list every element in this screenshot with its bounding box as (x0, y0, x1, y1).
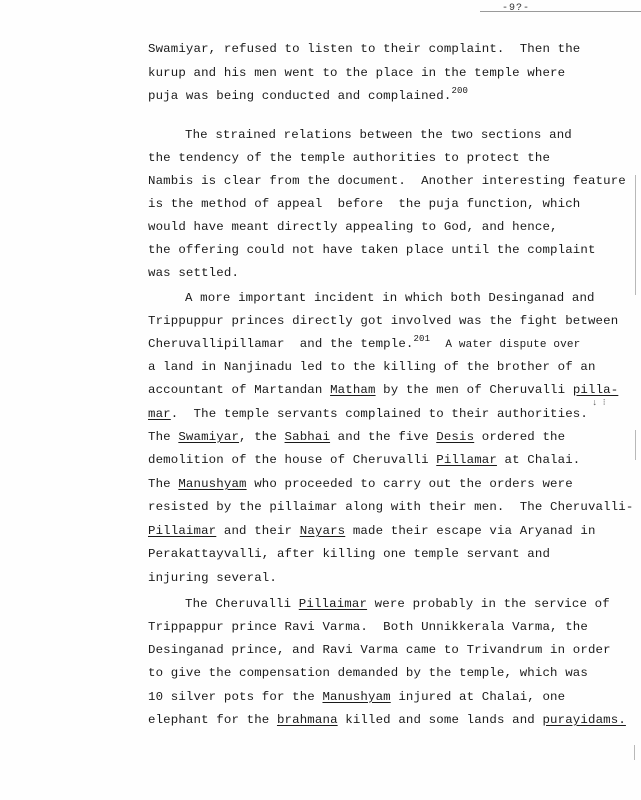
text-line: A more important incident in which both … (185, 291, 595, 305)
text-line: injuring several. (148, 571, 277, 585)
text-line: The Swamiyar, the Sabhai and the five De… (148, 430, 565, 444)
document-page: -9?- Swamiyar, refused to listen to thei… (0, 0, 641, 800)
text-line: kurup and his men went to the place in t… (148, 66, 565, 80)
text-line: Trippappur prince Ravi Varma. Both Unnik… (148, 620, 588, 634)
text-line: the tendency of the temple authorities t… (148, 151, 550, 165)
text-line: mar. The temple servants complained to t… (148, 407, 588, 421)
text-line: accountant of Martandan Matham by the me… (148, 383, 618, 397)
footnote-ref: 200 (451, 86, 468, 96)
scan-margin-line (635, 175, 636, 295)
scan-margin-line (634, 745, 635, 760)
text-line: the offering could not have taken place … (148, 243, 596, 257)
text-line: would have meant directly appealing to G… (148, 220, 558, 234)
page-number: -9?- (502, 3, 530, 14)
text-line: a land in Nanjinadu led to the killing o… (148, 360, 596, 374)
text-line: Cheruvallipillamar and the temple.201 A … (148, 337, 580, 351)
text-line: Trippuppur princes directly got involved… (148, 314, 618, 328)
text-line: is the method of appeal before the puja … (148, 197, 580, 211)
text-line: elephant for the brahmana killed and som… (148, 713, 626, 727)
text-line: The strained relations between the two s… (185, 128, 572, 142)
text-line: Pillaimar and their Nayars made their es… (148, 524, 596, 538)
handwritten-mark: ↓ ⁝ (592, 398, 606, 408)
text-line: The Manushyam who proceeded to carry out… (148, 477, 573, 491)
text-line: Desinganad prince, and Ravi Varma came t… (148, 643, 611, 657)
text-line: Perakattayvalli, after killing one templ… (148, 547, 550, 561)
footnote-ref: 201 (414, 334, 431, 344)
text-line: puja was being conducted and complained.… (148, 89, 468, 103)
text-line: 10 silver pots for the Manushyam injured… (148, 690, 565, 704)
text-line: The Cheruvalli Pillaimar were probably i… (185, 597, 610, 611)
scan-margin-line (635, 430, 636, 460)
text-line: to give the compensation demanded by the… (148, 666, 588, 680)
text-line: Nambis is clear from the document. Anoth… (148, 174, 626, 188)
text-line: demolition of the house of Cheruvalli Pi… (148, 453, 580, 467)
text-line: resisted by the pillaimar along with the… (148, 500, 633, 514)
text-line: was settled. (148, 266, 239, 280)
text-line: Swamiyar, refused to listen to their com… (148, 42, 580, 56)
